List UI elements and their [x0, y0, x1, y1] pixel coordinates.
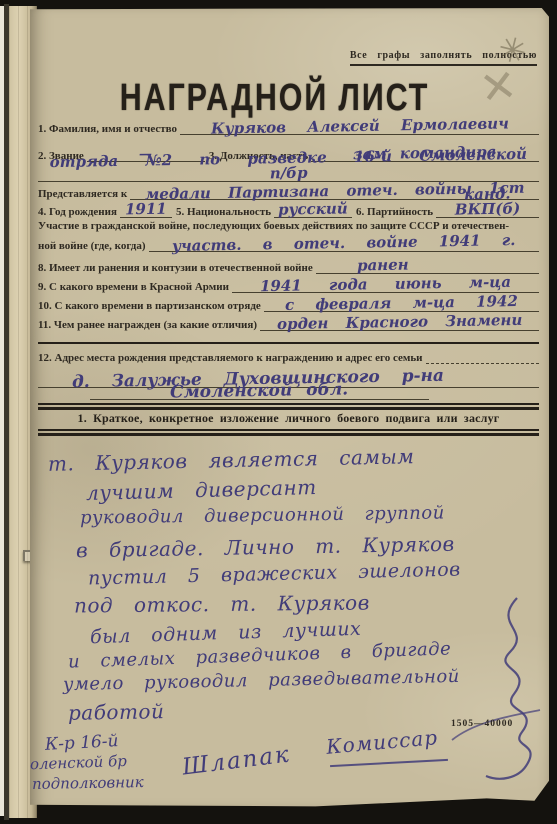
citation-line: т. Куряков является самым — [48, 444, 415, 476]
party-label: 6. Партийность — [352, 206, 436, 218]
war-participation-value: участв. в отеч. войне 1941 г. — [172, 233, 516, 254]
section-rule-top-thick — [38, 407, 539, 411]
citation-line: в бригаде. Лично т. Куряков — [76, 532, 455, 563]
commander-line3: подполковник — [32, 773, 144, 793]
nationality-label: 5. Национальность — [172, 206, 274, 218]
field-partisan-since: 10. С какого времени в партизанском отря… — [38, 291, 539, 312]
war-participation: ной войне (где, когда) участв. в отеч. в… — [38, 231, 539, 252]
section-rule-bottom-thick — [38, 433, 539, 437]
party-value: канд. ВКП(б) — [436, 186, 539, 218]
birth-year-label: 4. Год рождения — [38, 206, 120, 218]
field-address: 12. Адрес места рождения представляемого… — [38, 344, 539, 364]
address-label: 12. Адрес места рождения представляемого… — [38, 352, 426, 364]
address-line2-row: Смоленской обл. — [90, 376, 429, 400]
field-surname-label: 1. Фамилия, имя и отчество — [38, 123, 180, 135]
document-scan: Все графы заполнять полностью ✳ ✕ НАГРАД… — [0, 0, 557, 824]
citation-line: руководил диверсионной группой — [80, 502, 445, 528]
field-prior-awards: 11. Чем ранее награжден (за какие отличи… — [38, 310, 539, 331]
section-rule-bottom-thin — [38, 429, 539, 431]
citation-line: пустил 5 вражеских эшелонов — [88, 558, 461, 589]
war-participation-label-line2: ной войне (где, когда) — [38, 240, 149, 252]
citation-line: лучшим диверсант — [86, 475, 317, 505]
award-sheet-page: Все графы заполнять полностью ✳ ✕ НАГРАД… — [30, 8, 549, 808]
field-surname: 1. Фамилия, имя и отчество Куряков Алекс… — [38, 114, 539, 135]
prior-awards-value: орден Красного Знамени — [277, 313, 523, 332]
birth-year-value: 1911 — [125, 202, 167, 218]
address-value-line2: Смоленской обл. — [170, 381, 348, 401]
field-red-army-since: 9. С какого времени в Красной Армии 1941… — [38, 272, 539, 293]
prior-awards-label: 11. Чем ранее награжден (за какие отличи… — [38, 319, 260, 331]
nationality-value: русский — [278, 201, 348, 217]
commander-signature: Шлапак — [181, 741, 292, 780]
citation-line: работой — [68, 699, 165, 725]
commander-line1: К-р 16-й — [45, 731, 119, 755]
field-surname-value: Куряков Алексей Ермолаевич — [210, 116, 508, 136]
citation-line: под откос. т. Куряков — [74, 590, 370, 617]
field-wounds: 8. Имеет ли ранения и контузии в отечест… — [38, 253, 539, 274]
field-year-nationality-party: 4. Год рождения 1911 5. Национальность р… — [38, 197, 539, 218]
print-run-code: 1505—40000 — [451, 719, 513, 729]
section-rule-top-thin — [38, 403, 539, 405]
section-banner: 1. Краткое, конкретное изложение личного… — [38, 411, 539, 426]
